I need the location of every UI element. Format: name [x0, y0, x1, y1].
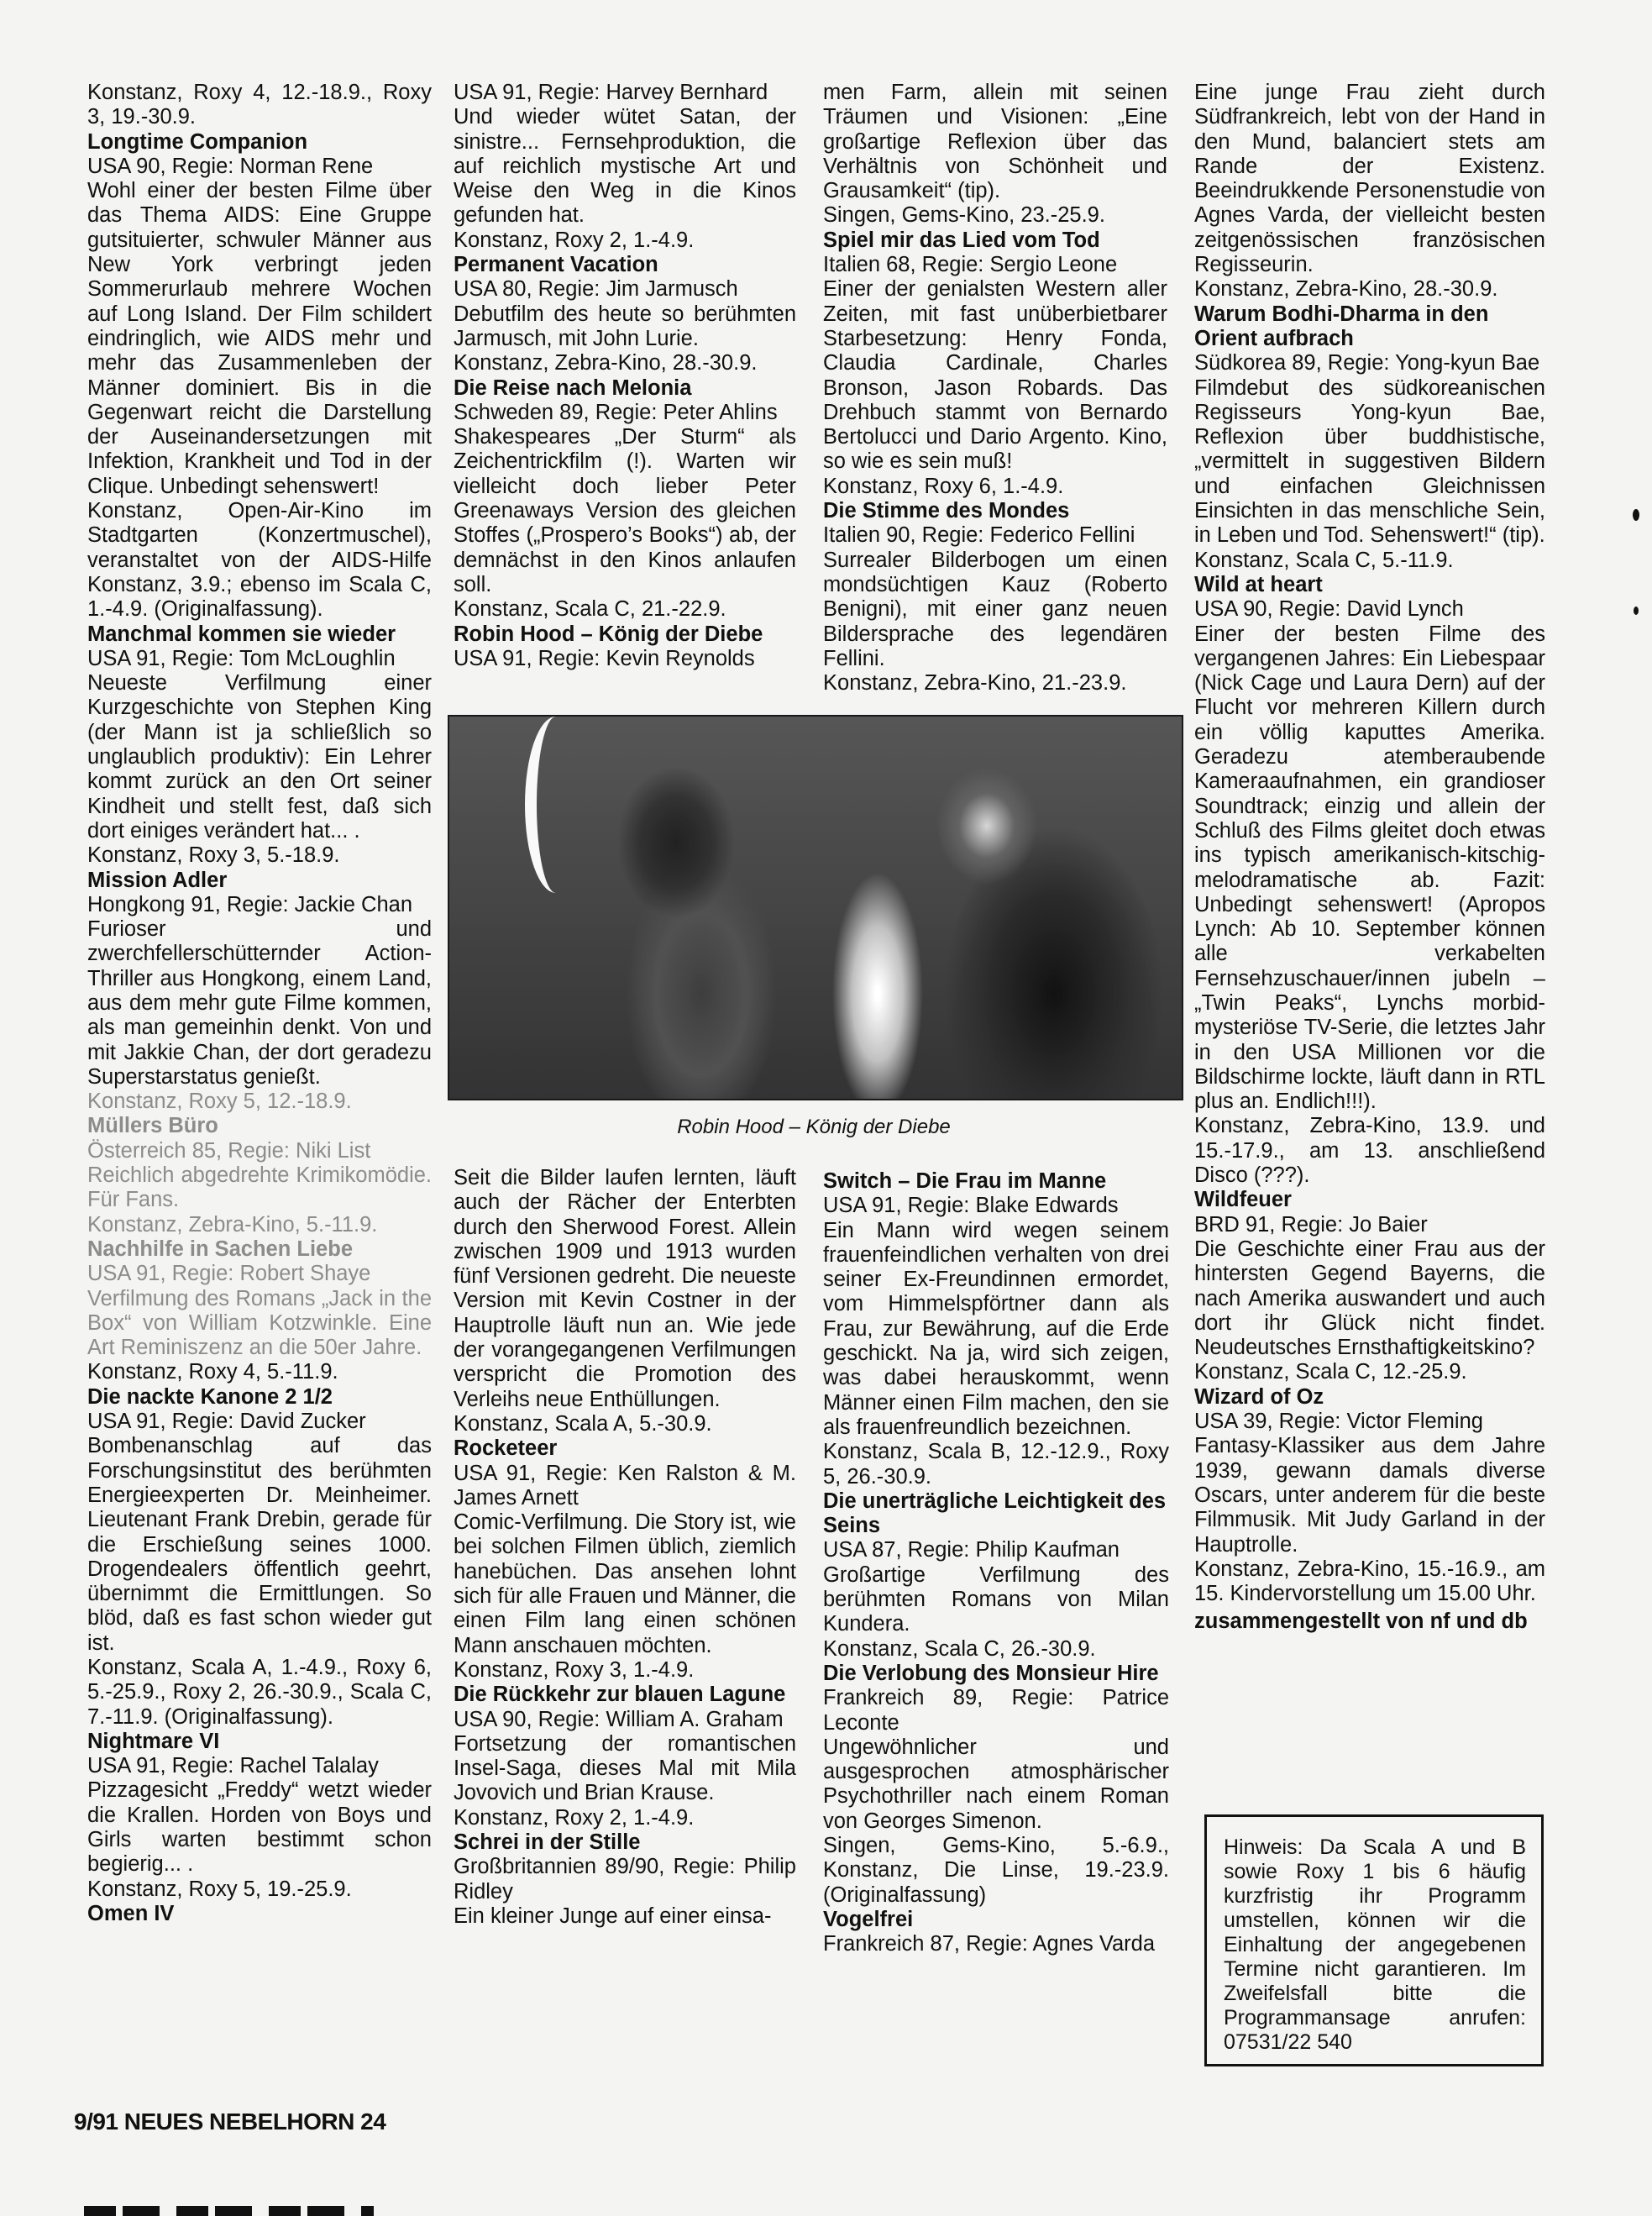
film-description: Ungewöhnlicher und ausgesprochen atmosph…	[823, 1736, 1169, 1834]
film-title: Wizard of Oz	[1194, 1385, 1545, 1410]
film-title: Nightmare VI	[87, 1730, 432, 1754]
film-description: Eine junge Frau zieht durch Südfrankreic…	[1194, 81, 1545, 277]
film-credits: USA 91, Regie: Harvey Bernhard	[454, 81, 796, 105]
film-description: Furioser und zwerchfellerschütternder Ac…	[87, 917, 432, 1090]
listing-venue: Konstanz, Zebra-Kino, 28.-30.9.	[1194, 277, 1545, 302]
film-title: Müllers Büro	[87, 1114, 432, 1138]
film-credits: BRD 91, Regie: Jo Baier	[1194, 1213, 1545, 1237]
film-description: Pizzagesicht „Freddy“ wetzt wieder die K…	[87, 1778, 432, 1877]
film-description: Reichlich abgedrehte Krimikomödie. Für F…	[87, 1163, 432, 1213]
column-2-top: USA 91, Regie: Harvey Bernhard Und wiede…	[454, 81, 796, 671]
film-description: Fantasy-Klassiker aus dem Jahre 1939, ge…	[1194, 1434, 1545, 1557]
listing-venue: Konstanz, Roxy 2, 1.-4.9.	[454, 1806, 796, 1830]
film-title: Omen IV	[87, 1902, 432, 1926]
film-description: Comic-Verfilmung. Die Story ist, wie bei…	[454, 1510, 796, 1658]
film-title: Wild at heart	[1194, 573, 1545, 597]
film-credits: Österreich 85, Regie: Niki List	[87, 1139, 432, 1163]
column-1: Konstanz, Roxy 4, 12.-18.9., Roxy 3, 19.…	[87, 81, 432, 1926]
film-credits: Frankreich 89, Regie: Patrice Leconte	[823, 1686, 1169, 1736]
film-title: Nachhilfe in Sachen Liebe	[87, 1237, 432, 1262]
film-credits: USA 90, Regie: Norman Rene	[87, 155, 432, 179]
listing-venue: Konstanz, Roxy 5, 12.-18.9.	[87, 1090, 432, 1114]
film-title: Spiel mir das Lied vom Tod	[823, 228, 1167, 253]
listing-venue: Konstanz, Roxy 3, 5.-18.9.	[87, 843, 432, 868]
film-credits: Schweden 89, Regie: Peter Ahlins	[454, 401, 796, 425]
film-description: Großartige Verfilmung des berühmten Roma…	[823, 1563, 1169, 1637]
film-title: Wildfeuer	[1194, 1188, 1545, 1212]
film-description: Filmdebut des südkoreanischen Regisseurs…	[1194, 376, 1545, 549]
film-description: Verfilmung des Romans „Jack in the Box“ …	[87, 1287, 432, 1361]
film-title: Robin Hood – König der Diebe	[454, 622, 796, 647]
film-title: Switch – Die Frau im Manne	[823, 1169, 1169, 1194]
film-credits: USA 91, Regie: Ken Ralston & M. James Ar…	[454, 1462, 796, 1511]
film-description: Shakespeares „Der Sturm“ als Zeichentric…	[454, 425, 796, 597]
listing-venue: Konstanz, Zebra-Kino, 21.-23.9.	[823, 671, 1167, 696]
film-credits: Frankreich 87, Regie: Agnes Varda	[823, 1932, 1169, 1956]
column-4: Eine junge Frau zieht durch Südfrankreic…	[1194, 81, 1545, 1635]
compiled-by-credits: zusammengestellt von nf und db	[1194, 1609, 1545, 1634]
film-title: Die unerträgliche Leichtigkeit des Seins	[823, 1489, 1169, 1539]
film-description: Einer der genialsten Western aller Zeite…	[823, 277, 1167, 474]
listing-venue: Konstanz, Scala B, 12.-12.9., Roxy 5, 26…	[823, 1440, 1169, 1489]
scan-mark	[1634, 607, 1639, 615]
column-3-bottom: Switch – Die Frau im Manne USA 91, Regie…	[823, 1169, 1169, 1957]
schedule-notice-box: Hinweis: Da Scala A und B sowie Roxy 1 b…	[1204, 1814, 1544, 2066]
listing-venue: Konstanz, Scala A, 5.-30.9.	[454, 1412, 796, 1436]
film-credits: USA 80, Regie: Jim Jarmusch	[454, 277, 796, 302]
film-description: Die Geschichte einer Frau aus der hinter…	[1194, 1237, 1545, 1360]
film-credits: USA 91, Regie: Robert Shaye	[87, 1262, 432, 1286]
listing-venue: Konstanz, Scala A, 1.-4.9., Roxy 6, 5.-2…	[87, 1656, 432, 1730]
film-title: Schrei in der Stille	[454, 1830, 796, 1855]
film-description: Einer der besten Filme des vergangenen J…	[1194, 622, 1545, 1115]
film-title: Warum Bodhi-Dharma in den Orient aufbrac…	[1194, 302, 1545, 352]
next-page-edge-strip	[84, 2206, 374, 2216]
listing-venue: Konstanz, Zebra-Kino, 15.-16.9., am 15. …	[1194, 1557, 1545, 1607]
photo-bow-shape	[525, 717, 587, 893]
listing-venue: Konstanz, Zebra-Kino, 28.-30.9.	[454, 351, 796, 375]
film-credits: USA 87, Regie: Philip Kaufman	[823, 1538, 1169, 1562]
film-description: men Farm, allein mit seinen Träumen und …	[823, 81, 1167, 203]
page-footer: 9/91 NEUES NEBELHORN 24	[74, 2108, 385, 2135]
film-credits: Südkorea 89, Regie: Yong-kyun Bae	[1194, 351, 1545, 375]
film-description: Wohl einer der besten Filme über das The…	[87, 179, 432, 499]
film-title: Permanent Vacation	[454, 253, 796, 277]
film-title: Longtime Companion	[87, 130, 432, 155]
film-description: Surrealer Bilderbogen um einen mondsücht…	[823, 549, 1167, 671]
listing-venue: Konstanz, Open-Air-Kino im Stadtgarten (…	[87, 499, 432, 622]
column-3-top: men Farm, allein mit seinen Träumen und …	[823, 81, 1167, 696]
listing-venue: Konstanz, Roxy 6, 1.-4.9.	[823, 475, 1167, 499]
listing-venue: Konstanz, Zebra-Kino, 5.-11.9.	[87, 1213, 432, 1237]
film-credits: Italien 68, Regie: Sergio Leone	[823, 253, 1167, 277]
film-credits: USA 91, Regie: Rachel Talalay	[87, 1754, 432, 1778]
film-title: Die Reise nach Melonia	[454, 376, 796, 401]
film-title: Rocketeer	[454, 1436, 796, 1461]
listing-venue: Konstanz, Roxy 3, 1.-4.9.	[454, 1658, 796, 1683]
film-title: Manchmal kommen sie wieder	[87, 622, 432, 647]
film-credits: USA 39, Regie: Victor Fleming	[1194, 1410, 1545, 1434]
film-title: Die nackte Kanone 2 1/2	[87, 1385, 432, 1410]
listing-venue: Singen, Gems-Kino, 23.-25.9.	[823, 203, 1167, 228]
film-title: Die Rückkehr zur blauen Lagune	[454, 1683, 796, 1707]
film-description: Bombenanschlag auf das Forschungsinstitu…	[87, 1434, 432, 1656]
film-description: Ein Mann wird wegen seinem frauenfeindli…	[823, 1219, 1169, 1441]
listing-venue: Konstanz, Scala C, 12.-25.9.	[1194, 1360, 1545, 1384]
film-credits: USA 90, Regie: William A. Graham	[454, 1708, 796, 1732]
film-credits: USA 91, Regie: Blake Edwards	[823, 1194, 1169, 1218]
film-description: Seit die Bilder laufen lernten, läuft au…	[454, 1166, 796, 1412]
film-credits: USA 90, Regie: David Lynch	[1194, 597, 1545, 622]
film-credits: Italien 90, Regie: Federico Fellini	[823, 523, 1167, 548]
film-credits: Großbritannien 89/90, Regie: Philip Ridl…	[454, 1855, 796, 1904]
photo-caption: Robin Hood – König der Diebe	[448, 1116, 1180, 1139]
listing-venue: Konstanz, Scala C, 21.-22.9.	[454, 597, 796, 622]
listing-venue: Konstanz, Scala C, 26.-30.9.	[823, 1637, 1169, 1662]
film-description: Fortsetzung der romantischen Insel-Saga,…	[454, 1732, 796, 1806]
film-still-photo	[448, 715, 1183, 1100]
listing-venue: Konstanz, Roxy 2, 1.-4.9.	[454, 228, 796, 253]
film-credits: Hongkong 91, Regie: Jackie Chan	[87, 893, 432, 917]
listing-venue: Konstanz, Scala C, 5.-11.9.	[1194, 549, 1545, 573]
scan-mark	[1633, 509, 1639, 521]
film-description: Ein kleiner Junge auf einer einsa-	[454, 1904, 796, 1929]
film-title: Mission Adler	[87, 869, 432, 893]
listing-venue: Konstanz, Roxy 4, 12.-18.9., Roxy 3, 19.…	[87, 81, 432, 130]
film-credits: USA 91, Regie: Kevin Reynolds	[454, 647, 796, 671]
listing-venue: Konstanz, Zebra-Kino, 13.9. und 15.-17.9…	[1194, 1114, 1545, 1188]
film-title: Die Stimme des Mondes	[823, 499, 1167, 523]
listing-venue: Singen, Gems-Kino, 5.-6.9., Konstanz, Di…	[823, 1834, 1169, 1908]
film-title: Die Verlobung des Monsieur Hire	[823, 1662, 1169, 1686]
column-2-bottom: Seit die Bilder laufen lernten, läuft au…	[454, 1166, 796, 1929]
film-credits: USA 91, Regie: David Zucker	[87, 1410, 432, 1434]
film-credits: USA 91, Regie: Tom McLoughlin	[87, 647, 432, 671]
film-description: Neueste Verfilmung einer Kurzgeschichte …	[87, 671, 432, 843]
listing-venue: Konstanz, Roxy 5, 19.-25.9.	[87, 1877, 432, 1902]
film-title: Vogelfrei	[823, 1908, 1169, 1932]
film-description: Debutfilm des heute so berühmten Jarmusc…	[454, 302, 796, 352]
film-description: Und wieder wütet Satan, der sinistre... …	[454, 105, 796, 228]
listing-venue: Konstanz, Roxy 4, 5.-11.9.	[87, 1360, 432, 1384]
